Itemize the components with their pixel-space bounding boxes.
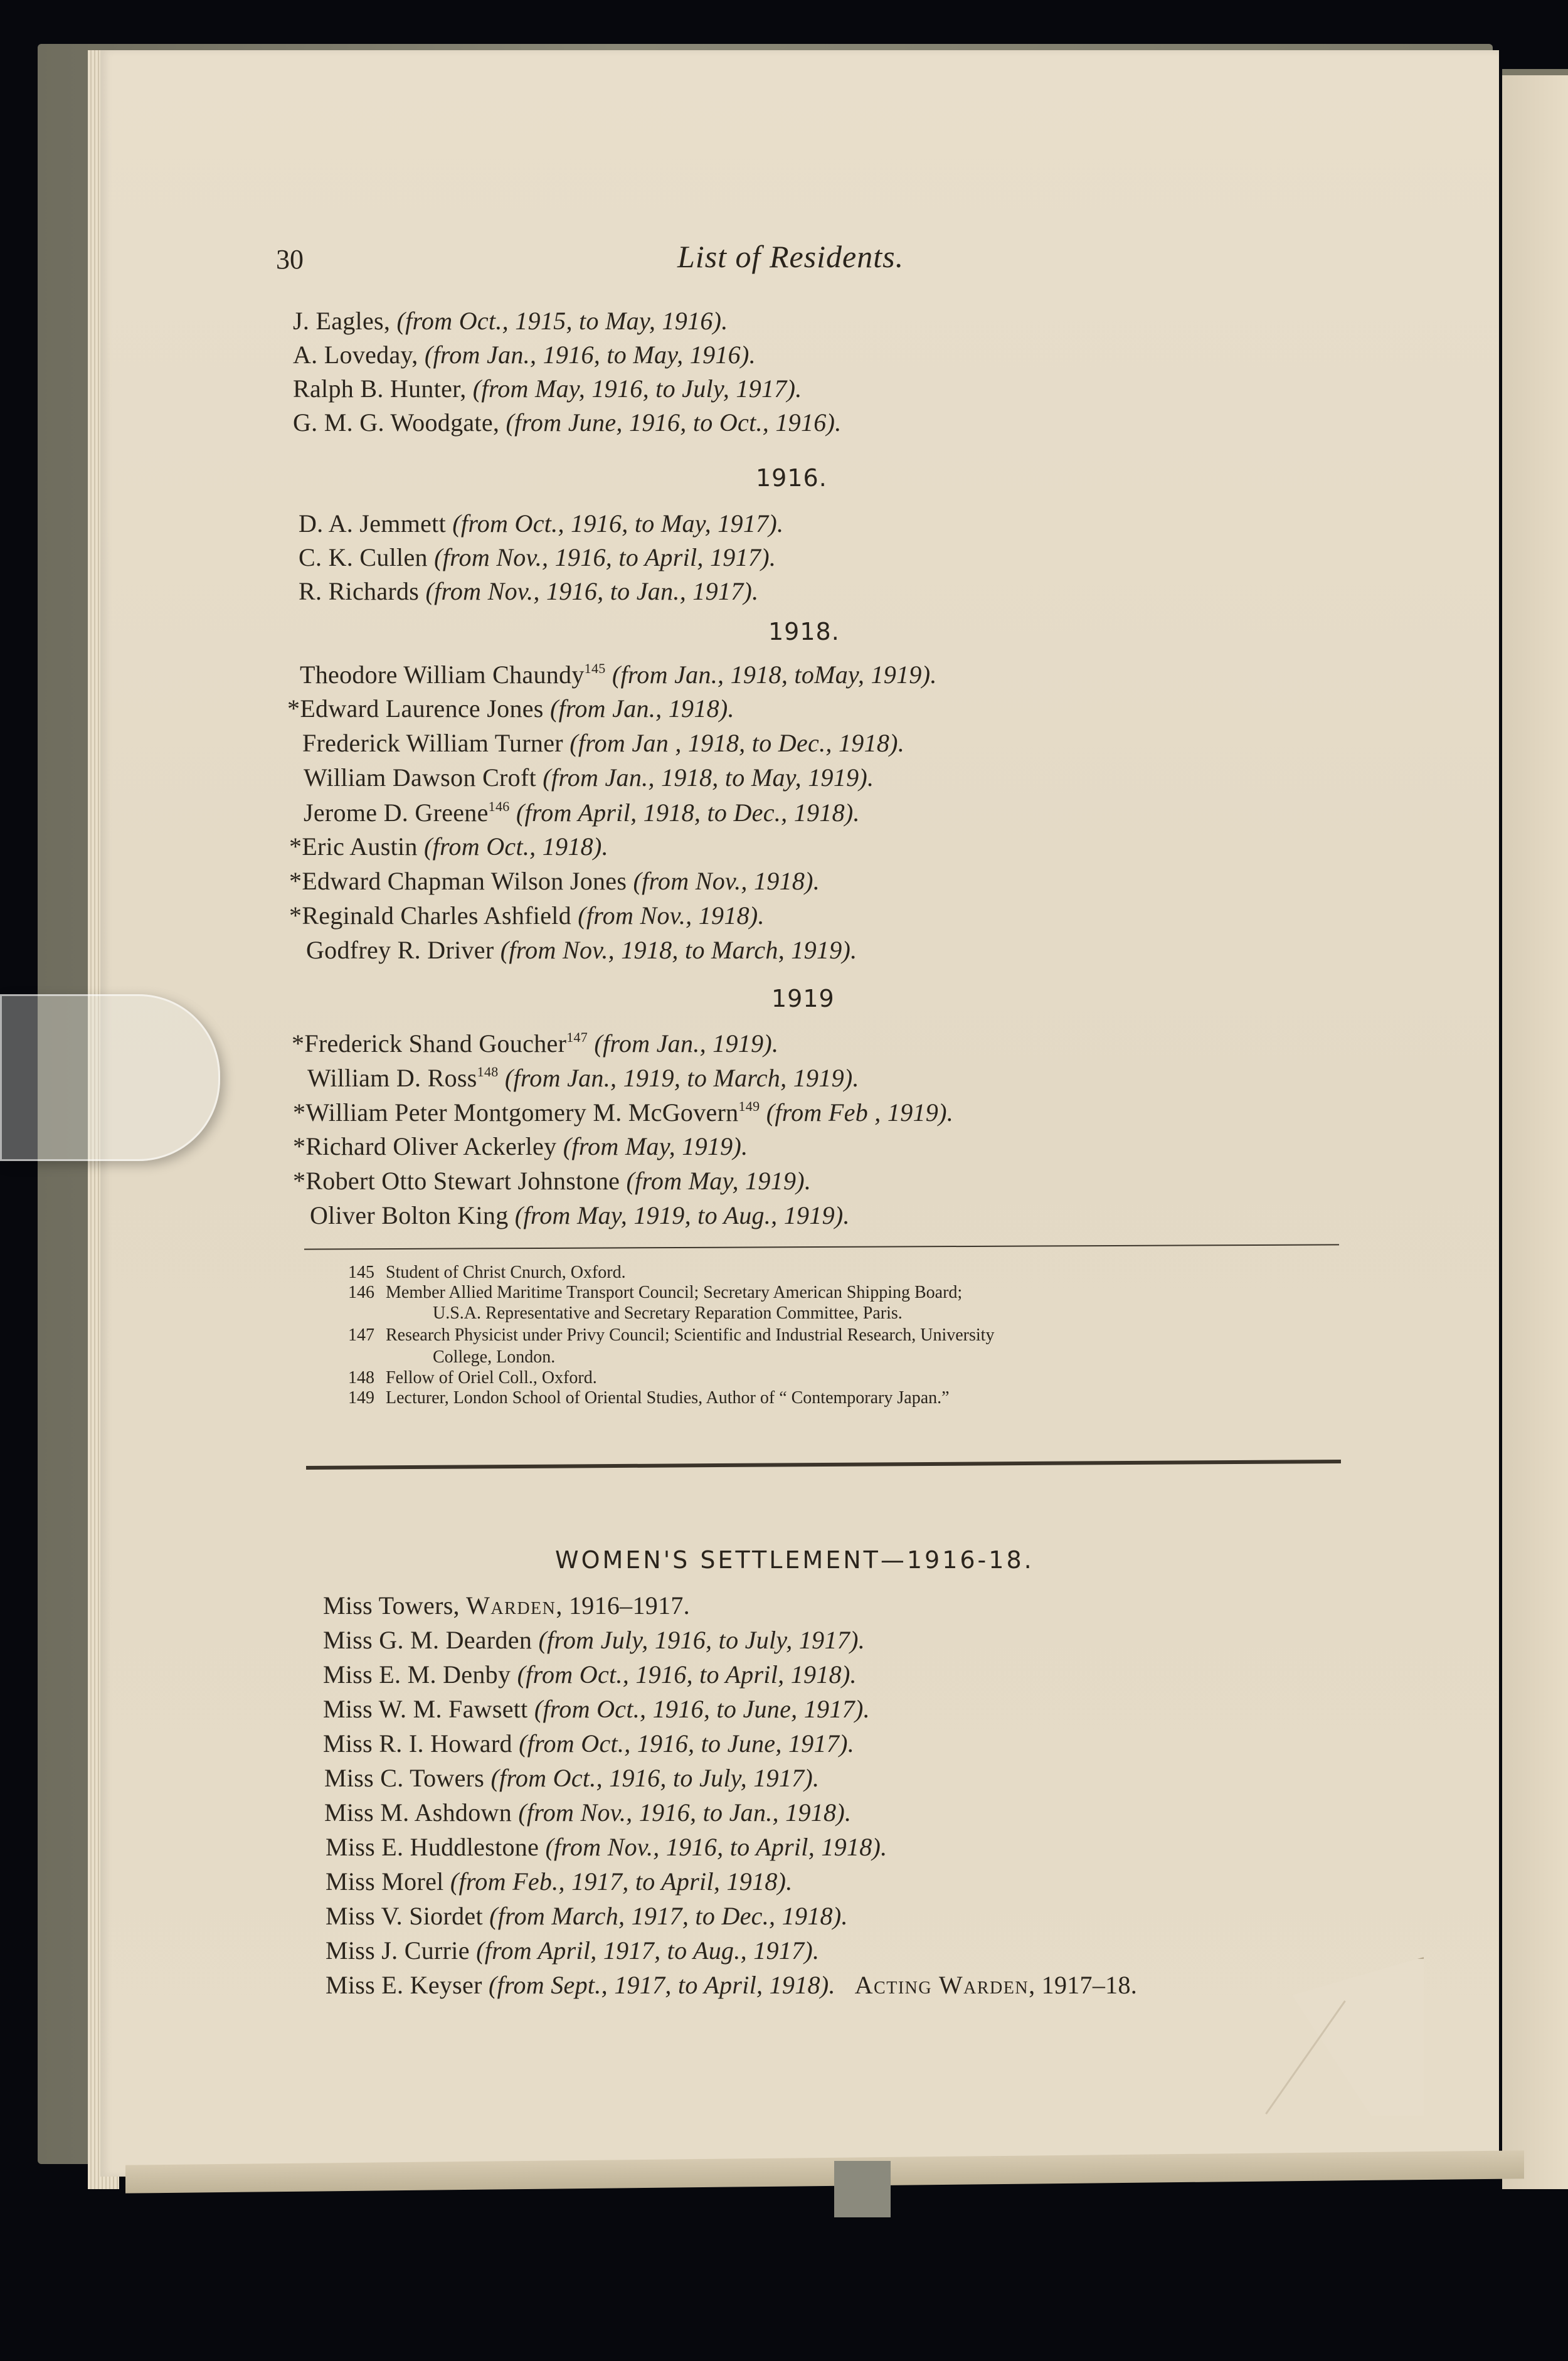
settlement-entry: Miss R. I. Howard (from Oct., 1916, to J… bbox=[323, 1731, 854, 1756]
resident-name: D. A. Jemmett bbox=[299, 509, 446, 538]
resident-entry: Oliver Bolton King (from May, 1919, to A… bbox=[310, 1203, 850, 1228]
resident-entry: *William Peter Montgomery M. McGovern149… bbox=[293, 1100, 953, 1125]
resident-name: William Dawson Croft bbox=[304, 763, 536, 792]
resident-dates: (from Nov., 1918, to March, 1919). bbox=[494, 936, 857, 964]
facing-page-edge bbox=[1502, 75, 1568, 2189]
resident-dates: (from Jan., 1918, toMay, 1919). bbox=[606, 661, 937, 689]
footnote-ref: 147 bbox=[566, 1029, 588, 1045]
member-dates: (from Oct., 1916, to July, 1917). bbox=[484, 1764, 819, 1792]
footnote-148: 148Fellow of Oriel Coll., Oxford. bbox=[348, 1369, 597, 1387]
resident-name: Reginald Charles Ashfield bbox=[302, 901, 571, 930]
resident-name: R. Richards bbox=[299, 577, 419, 605]
member-name: Miss E. M. Denby bbox=[323, 1660, 511, 1689]
resident-entry: *Edward Laurence Jones (from Jan., 1918)… bbox=[287, 696, 734, 721]
running-head: 30 List of Residents. bbox=[276, 238, 1342, 282]
member-name: Miss G. M. Dearden bbox=[323, 1626, 532, 1654]
member-name: Miss E. Huddlestone bbox=[326, 1833, 539, 1861]
resident-entry: *Eric Austin (from Oct., 1918). bbox=[289, 834, 608, 859]
year-heading-1918: 1918. bbox=[768, 618, 840, 645]
member-name: Miss V. Siordet bbox=[326, 1902, 483, 1930]
resident-entry: *Edward Chapman Wilson Jones (from Nov.,… bbox=[289, 869, 820, 894]
asterisk-mark: * bbox=[293, 1098, 305, 1127]
resident-entry: Theodore William Chaundy145 (from Jan., … bbox=[300, 662, 937, 687]
resident-entry: R. Richards (from Nov., 1916, to Jan., 1… bbox=[299, 579, 758, 604]
resident-dates: (from Jan., 1919). bbox=[588, 1029, 778, 1058]
resident-name: William D. Ross bbox=[307, 1064, 477, 1092]
page-clip bbox=[0, 994, 220, 1161]
footnote-ref: 146 bbox=[489, 798, 510, 814]
asterisk-mark: * bbox=[289, 867, 302, 895]
resident-name: Edward Laurence Jones bbox=[300, 694, 543, 723]
resident-entry: *Reginald Charles Ashfield (from Nov., 1… bbox=[289, 903, 765, 928]
settlement-entry: Miss E. Keyser (from Sept., 1917, to Apr… bbox=[326, 1973, 1137, 1998]
resident-entry: Jerome D. Greene146 (from April, 1918, t… bbox=[304, 800, 860, 825]
resident-dates: (from Nov., 1918). bbox=[627, 867, 820, 895]
resident-name: Edward Chapman Wilson Jones bbox=[302, 867, 627, 895]
member-dates: (from Oct., 1916, to June, 1917). bbox=[512, 1729, 854, 1758]
asterisk-mark: * bbox=[289, 832, 302, 861]
resident-entry: *Richard Oliver Ackerley (from May, 1919… bbox=[293, 1134, 748, 1159]
resident-dates: (from Oct., 1915, to May, 1916). bbox=[390, 307, 728, 335]
footnote-147-cont: College, London. bbox=[433, 1349, 555, 1366]
asterisk-mark: * bbox=[289, 901, 302, 930]
footnote-ref: 145 bbox=[585, 661, 606, 676]
settlement-entry: Miss C. Towers (from Oct., 1916, to July… bbox=[324, 1766, 819, 1791]
resident-dates: (from Jan., 1918). bbox=[544, 694, 734, 723]
member-name: Miss Towers, bbox=[323, 1591, 460, 1620]
resident-name: A. Loveday, bbox=[293, 341, 418, 369]
member-dates: (from March, 1917, to Dec., 1918). bbox=[483, 1902, 848, 1930]
member-dates: (from Nov., 1916, to Jan., 1918). bbox=[512, 1798, 851, 1827]
resident-dates: (from Jan., 1916, to May, 1916). bbox=[418, 341, 756, 369]
resident-dates: (from June, 1916, to Oct., 1916). bbox=[499, 408, 841, 437]
year-heading-1919: 1919 bbox=[771, 985, 835, 1012]
resident-dates: (from Feb , 1919). bbox=[760, 1098, 953, 1127]
resident-name: Eric Austin bbox=[302, 832, 417, 861]
resident-entry: A. Loveday, (from Jan., 1916, to May, 19… bbox=[293, 342, 756, 368]
asterisk-mark: * bbox=[293, 1132, 305, 1160]
member-name: Miss M. Ashdown bbox=[324, 1798, 512, 1827]
resident-entry: Frederick William Turner (from Jan , 191… bbox=[302, 731, 904, 756]
resident-dates: (from Jan , 1918, to Dec., 1918). bbox=[563, 729, 904, 757]
running-title: List of Residents. bbox=[677, 238, 904, 275]
resident-entry: Ralph B. Hunter, (from May, 1916, to Jul… bbox=[293, 376, 802, 401]
resident-entry: J. Eagles, (from Oct., 1915, to May, 191… bbox=[293, 309, 728, 334]
settlement-entry: Miss Morel (from Feb., 1917, to April, 1… bbox=[326, 1869, 793, 1894]
resident-dates: (from May, 1916, to July, 1917). bbox=[467, 374, 802, 403]
resident-entry: *Robert Otto Stewart Johnstone (from May… bbox=[293, 1169, 811, 1194]
resident-dates: (from Oct., 1918). bbox=[418, 832, 608, 861]
footnote-ref: 148 bbox=[477, 1064, 499, 1080]
resident-name: Frederick Shand Goucher bbox=[304, 1029, 566, 1058]
resident-dates: (from Jan., 1918, to May, 1919). bbox=[536, 763, 874, 792]
resident-entry: Godfrey R. Driver (from Nov., 1918, to M… bbox=[306, 938, 857, 963]
member-dates: (from Sept., 1917, to April, 1918). bbox=[482, 1971, 855, 1999]
resident-name: Jerome D. Greene bbox=[304, 798, 489, 827]
member-name: Miss W. M. Fawsett bbox=[323, 1695, 528, 1723]
settlement-entry: Miss J. Currie (from April, 1917, to Aug… bbox=[326, 1938, 819, 1963]
resident-entry: C. K. Cullen (from Nov., 1916, to April,… bbox=[299, 545, 776, 570]
member-dates: (from April, 1917, to Aug., 1917). bbox=[470, 1936, 820, 1965]
resident-entry: *Frederick Shand Goucher147 (from Jan., … bbox=[292, 1031, 778, 1056]
member-name: Miss J. Currie bbox=[326, 1936, 470, 1965]
member-name: Miss R. I. Howard bbox=[323, 1729, 512, 1758]
member-name: Miss C. Towers bbox=[324, 1764, 484, 1792]
settlement-entry: Miss G. M. Dearden (from July, 1916, to … bbox=[323, 1628, 865, 1653]
footnote-ref: 149 bbox=[739, 1098, 760, 1114]
resident-dates: (from May, 1919). bbox=[620, 1167, 811, 1195]
member-dates: (from Oct., 1916, to April, 1918). bbox=[511, 1660, 857, 1689]
womens-settlement-heading: WOMEN'S SETTLEMENT—1916-18. bbox=[555, 1546, 1034, 1574]
settlement-entry: Miss E. M. Denby (from Oct., 1916, to Ap… bbox=[323, 1662, 857, 1687]
settlement-entry: Miss E. Huddlestone (from Nov., 1916, to… bbox=[326, 1835, 887, 1860]
member-role: Acting Warden bbox=[855, 1971, 1029, 1999]
resident-entry: William D. Ross148 (from Jan., 1919, to … bbox=[307, 1065, 859, 1091]
resident-dates: (from April, 1918, to Dec., 1918). bbox=[510, 798, 860, 827]
resident-name: Richard Oliver Ackerley bbox=[305, 1132, 556, 1160]
year-heading-1916: 1916. bbox=[756, 464, 827, 492]
torn-cover-flap bbox=[834, 2161, 891, 2217]
asterisk-mark: * bbox=[287, 694, 300, 723]
resident-name: G. M. G. Woodgate, bbox=[293, 408, 499, 437]
footnote-147: 147Research Physicist under Privy Counci… bbox=[348, 1327, 994, 1344]
resident-dates: (from Nov., 1916, to April, 1917). bbox=[428, 543, 776, 571]
resident-name: William Peter Montgomery M. McGovern bbox=[305, 1098, 738, 1127]
member-dates: (from July, 1916, to July, 1917). bbox=[532, 1626, 865, 1654]
resident-entry: D. A. Jemmett (from Oct., 1916, to May, … bbox=[299, 511, 783, 536]
resident-name: Godfrey R. Driver bbox=[306, 936, 494, 964]
resident-dates: (from Nov., 1918). bbox=[571, 901, 765, 930]
footnote-149: 149Lecturer, London School of Oriental S… bbox=[348, 1389, 950, 1407]
resident-name: Frederick William Turner bbox=[302, 729, 563, 757]
resident-name: Theodore William Chaundy bbox=[300, 661, 585, 689]
settlement-entry: Miss M. Ashdown (from Nov., 1916, to Jan… bbox=[324, 1800, 851, 1825]
resident-name: C. K. Cullen bbox=[299, 543, 428, 571]
asterisk-mark: * bbox=[293, 1167, 305, 1195]
resident-entry: G. M. G. Woodgate, (from June, 1916, to … bbox=[293, 410, 842, 435]
resident-name: J. Eagles, bbox=[293, 307, 390, 335]
settlement-entry: Miss W. M. Fawsett (from Oct., 1916, to … bbox=[323, 1697, 870, 1722]
resident-name: Ralph B. Hunter, bbox=[293, 374, 467, 403]
resident-dates: (from May, 1919, to Aug., 1919). bbox=[509, 1201, 850, 1229]
resident-dates: (from Nov., 1916, to Jan., 1917). bbox=[419, 577, 758, 605]
resident-dates: (from Oct., 1916, to May, 1917). bbox=[446, 509, 783, 538]
page-number: 30 bbox=[276, 243, 304, 275]
settlement-entry: Miss V. Siordet (from March, 1917, to De… bbox=[326, 1904, 848, 1929]
resident-name: Oliver Bolton King bbox=[310, 1201, 509, 1229]
resident-dates: (from Jan., 1919, to March, 1919). bbox=[499, 1064, 859, 1092]
footnote-146-cont: U.S.A. Representative and Secretary Repa… bbox=[433, 1305, 903, 1322]
member-dates: (from Nov., 1916, to April, 1918). bbox=[539, 1833, 887, 1861]
asterisk-mark: * bbox=[292, 1029, 304, 1058]
resident-name: Robert Otto Stewart Johnstone bbox=[305, 1167, 620, 1195]
member-dates: (from Feb., 1917, to April, 1918). bbox=[444, 1867, 793, 1896]
settlement-entry: Miss Towers, Warden, 1916–1917. bbox=[323, 1593, 690, 1618]
resident-dates: (from May, 1919). bbox=[556, 1132, 748, 1160]
footnote-145: 145Student of Christ Cnurch, Oxford. bbox=[348, 1264, 626, 1281]
member-name: Miss Morel bbox=[326, 1867, 444, 1896]
member-name: Miss E. Keyser bbox=[326, 1971, 482, 1999]
member-role: Warden bbox=[466, 1591, 556, 1620]
member-dates: (from Oct., 1916, to June, 1917). bbox=[528, 1695, 870, 1723]
footnote-146: 146Member Allied Maritime Transport Coun… bbox=[348, 1284, 962, 1302]
resident-entry: William Dawson Croft (from Jan., 1918, t… bbox=[304, 765, 874, 790]
